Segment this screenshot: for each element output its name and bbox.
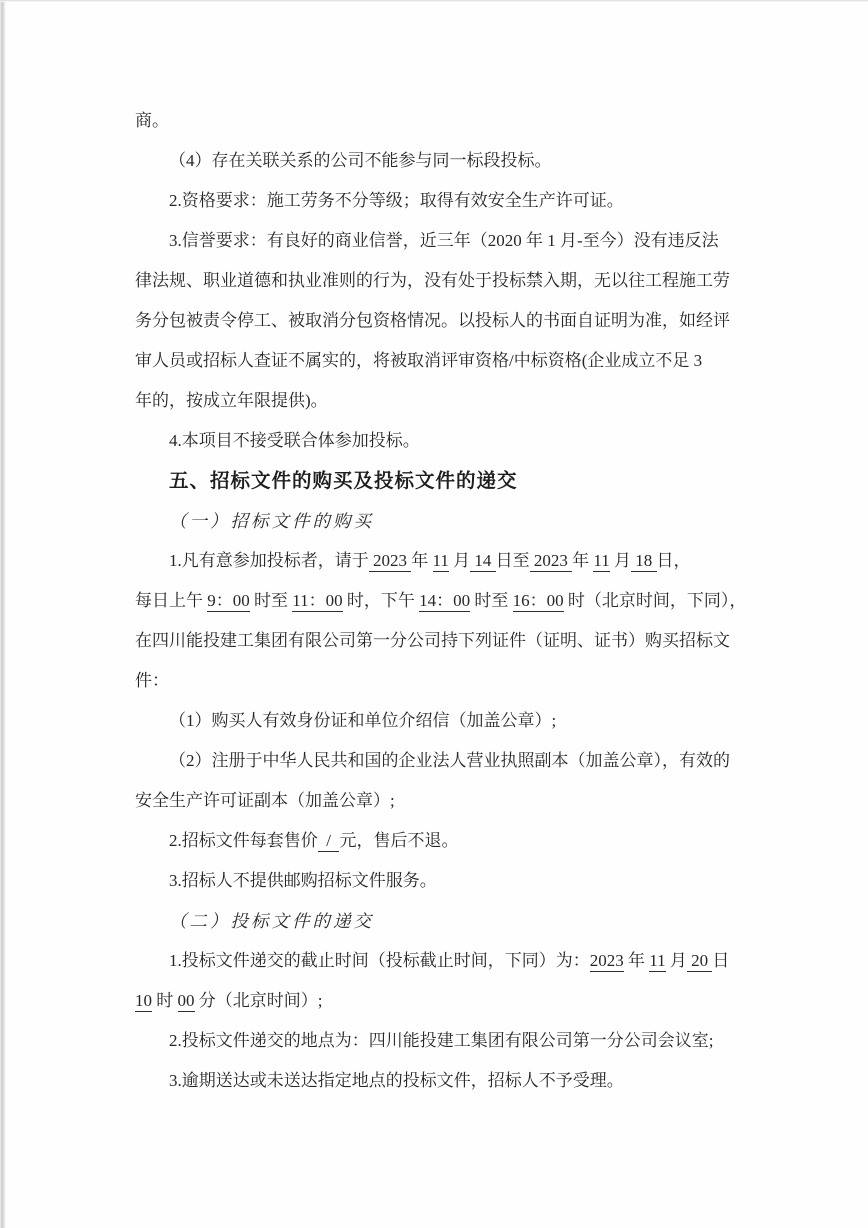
- item-no-consortium: 4.本项目不接受联合体参加投标。: [135, 421, 747, 461]
- document-page: 商。（4）存在关联关系的公司不能参与同一标段投标。2.资格要求：施工劳务不分等级…: [0, 0, 868, 1228]
- text-run: 时，下午: [343, 591, 420, 610]
- text-run: 年的，按成立年限提供)。: [135, 391, 328, 410]
- text-run: 年: [572, 551, 593, 570]
- text-run: 元，售后不退。: [339, 831, 458, 850]
- scan-edge-left: [0, 0, 6, 1228]
- item-related-companies: （4）存在关联关系的公司不能参与同一标段投标。: [135, 141, 747, 181]
- text-run: 律法规、职业道德和执业准则的行为，没有处于投标禁入期，无以往工程施工劳: [135, 271, 730, 290]
- underlined-fill-in-value: 14：00: [419, 591, 470, 612]
- text-run: （4）存在关联关系的公司不能参与同一标段投标。: [169, 151, 552, 170]
- underlined-fill-in-value: /: [318, 831, 340, 852]
- purchase-place-line2: 件：: [135, 661, 747, 701]
- text-run: 时（北京时间，下同），: [564, 591, 747, 610]
- text-run: 月: [666, 951, 687, 970]
- underlined-fill-in-value: 18: [631, 551, 657, 572]
- text-run: 审人员或招标人查证不属实的，将被取消评审资格/中标资格(企业成立不足 3: [135, 351, 702, 370]
- para-continuation: 商。: [135, 101, 747, 141]
- text-run: 时至: [250, 591, 293, 610]
- underlined-fill-in-value: 2023: [530, 551, 573, 572]
- text-run: 3.信誉要求：有良好的商业信誉，近三年（2020 年 1 月-至今）没有违反法: [169, 231, 719, 250]
- text-run: 月: [449, 551, 470, 570]
- underlined-fill-in-value: 20: [687, 951, 713, 972]
- text-run: 日: [712, 951, 729, 970]
- text-run: 3.招标人不提供邮购招标文件服务。: [169, 871, 437, 890]
- scan-edge-top: [0, 0, 868, 2]
- underlined-fill-in-value: 16：00: [513, 591, 564, 612]
- underlined-fill-in-value: 11：00: [292, 591, 342, 612]
- text-run: 在四川能投建工集团有限公司第一分公司持下列证件（证明、证书）购买招标文: [135, 631, 730, 650]
- text-run: 2.招标文件每套售价: [169, 831, 318, 850]
- text-run: 1.投标文件递交的截止时间（投标截止时间，下同）为：: [169, 951, 590, 970]
- subsection-heading-1: （一）招标文件的购买: [135, 501, 747, 541]
- text-run: 月: [610, 551, 631, 570]
- text-run: 2.投标文件递交的地点为：四川能投建工集团有限公司第一分公司会议室;: [169, 1031, 713, 1050]
- text-run: 商。: [135, 111, 169, 130]
- qualification-requirement: 2.资格要求：施工劳务不分等级；取得有效安全生产许可证。: [135, 181, 747, 221]
- credit-requirement-line2: 律法规、职业道德和执业准则的行为，没有处于投标禁入期，无以往工程施工劳: [135, 261, 747, 301]
- text-run: 时至: [470, 591, 513, 610]
- credit-requirement-line4: 审人员或招标人查证不属实的，将被取消评审资格/中标资格(企业成立不足 3: [135, 341, 747, 381]
- text-run: 4.本项目不接受联合体参加投标。: [169, 431, 420, 450]
- text-run: 每日上午: [135, 591, 207, 610]
- text-run: （二）投标文件的递交: [169, 911, 374, 931]
- underlined-fill-in-value: 00: [178, 991, 195, 1012]
- text-run: 日，: [657, 551, 691, 570]
- submission-place: 2.投标文件递交的地点为：四川能投建工集团有限公司第一分公司会议室;: [135, 1021, 747, 1061]
- text-run: 五、招标文件的购买及投标文件的递交: [169, 470, 518, 492]
- text-run: 安全生产许可证副本（加盖公章）;: [135, 791, 395, 810]
- submission-deadline-line2: 10 时 00 分（北京时间）;: [135, 981, 747, 1021]
- text-run: （2）注册于中华人民共和国的企业法人营业执照副本（加盖公章），有效的: [169, 751, 730, 770]
- submission-deadline-line1: 1.投标文件递交的截止时间（投标截止时间，下同）为：2023 年 11 月 20…: [135, 941, 747, 981]
- text-run: 日至: [496, 551, 530, 570]
- cert-2-line2: 安全生产许可证副本（加盖公章）;: [135, 781, 747, 821]
- credit-requirement-line5: 年的，按成立年限提供)。: [135, 381, 747, 421]
- text-run: （一）招标文件的购买: [169, 511, 374, 531]
- cert-1: （1）购买人有效身份证和单位介绍信（加盖公章）;: [135, 701, 747, 741]
- text-run: 时: [152, 991, 178, 1010]
- late-submission: 3.逾期送达或未送达指定地点的投标文件，招标人不予受理。: [135, 1061, 747, 1101]
- document-body: 商。（4）存在关联关系的公司不能参与同一标段投标。2.资格要求：施工劳务不分等级…: [135, 101, 747, 1101]
- section-heading-5: 五、招标文件的购买及投标文件的递交: [135, 461, 747, 501]
- document-price: 2.招标文件每套售价 / 元，售后不退。: [135, 821, 747, 861]
- purchase-place-line1: 在四川能投建工集团有限公司第一分公司持下列证件（证明、证书）购买招标文: [135, 621, 747, 661]
- subsection-heading-2: （二）投标文件的递交: [135, 901, 747, 941]
- underlined-fill-in-value: 14: [470, 551, 496, 572]
- text-run: 2.资格要求：施工劳务不分等级；取得有效安全生产许可证。: [169, 191, 624, 210]
- underlined-fill-in-value: 11: [649, 951, 665, 972]
- no-mail-order: 3.招标人不提供邮购招标文件服务。: [135, 861, 747, 901]
- underlined-fill-in-value: 11: [593, 551, 609, 572]
- purchase-hours: 每日上午 9：00 时至 11：00 时，下午 14：00 时至 16：00 时…: [135, 581, 747, 621]
- text-run: 年: [411, 551, 432, 570]
- cert-2-line1: （2）注册于中华人民共和国的企业法人营业执照副本（加盖公章），有效的: [135, 741, 747, 781]
- credit-requirement-line1: 3.信誉要求：有良好的商业信誉，近三年（2020 年 1 月-至今）没有违反法: [135, 221, 747, 261]
- text-run: 分（北京时间）;: [195, 991, 323, 1010]
- purchase-period: 1.凡有意参加投标者，请于 2023 年 11 月 14 日至 2023 年 1…: [135, 541, 747, 581]
- underlined-fill-in-value: 10: [135, 991, 152, 1012]
- text-run: 1.凡有意参加投标者，请于: [169, 551, 369, 570]
- text-run: 务分包被责令停工、被取消分包资格情况。以投标人的书面自证明为准，如经评: [135, 311, 730, 330]
- credit-requirement-line3: 务分包被责令停工、被取消分包资格情况。以投标人的书面自证明为准，如经评: [135, 301, 747, 341]
- text-run: 件：: [135, 671, 169, 690]
- underlined-fill-in-value: 2023: [369, 551, 412, 572]
- text-run: （1）购买人有效身份证和单位介绍信（加盖公章）;: [169, 711, 556, 730]
- underlined-fill-in-value: 11: [433, 551, 449, 572]
- text-run: 3.逾期送达或未送达指定地点的投标文件，招标人不予受理。: [169, 1071, 624, 1090]
- underlined-fill-in-value: 2023: [590, 951, 624, 972]
- text-run: 年: [624, 951, 650, 970]
- underlined-fill-in-value: 9：00: [207, 591, 250, 612]
